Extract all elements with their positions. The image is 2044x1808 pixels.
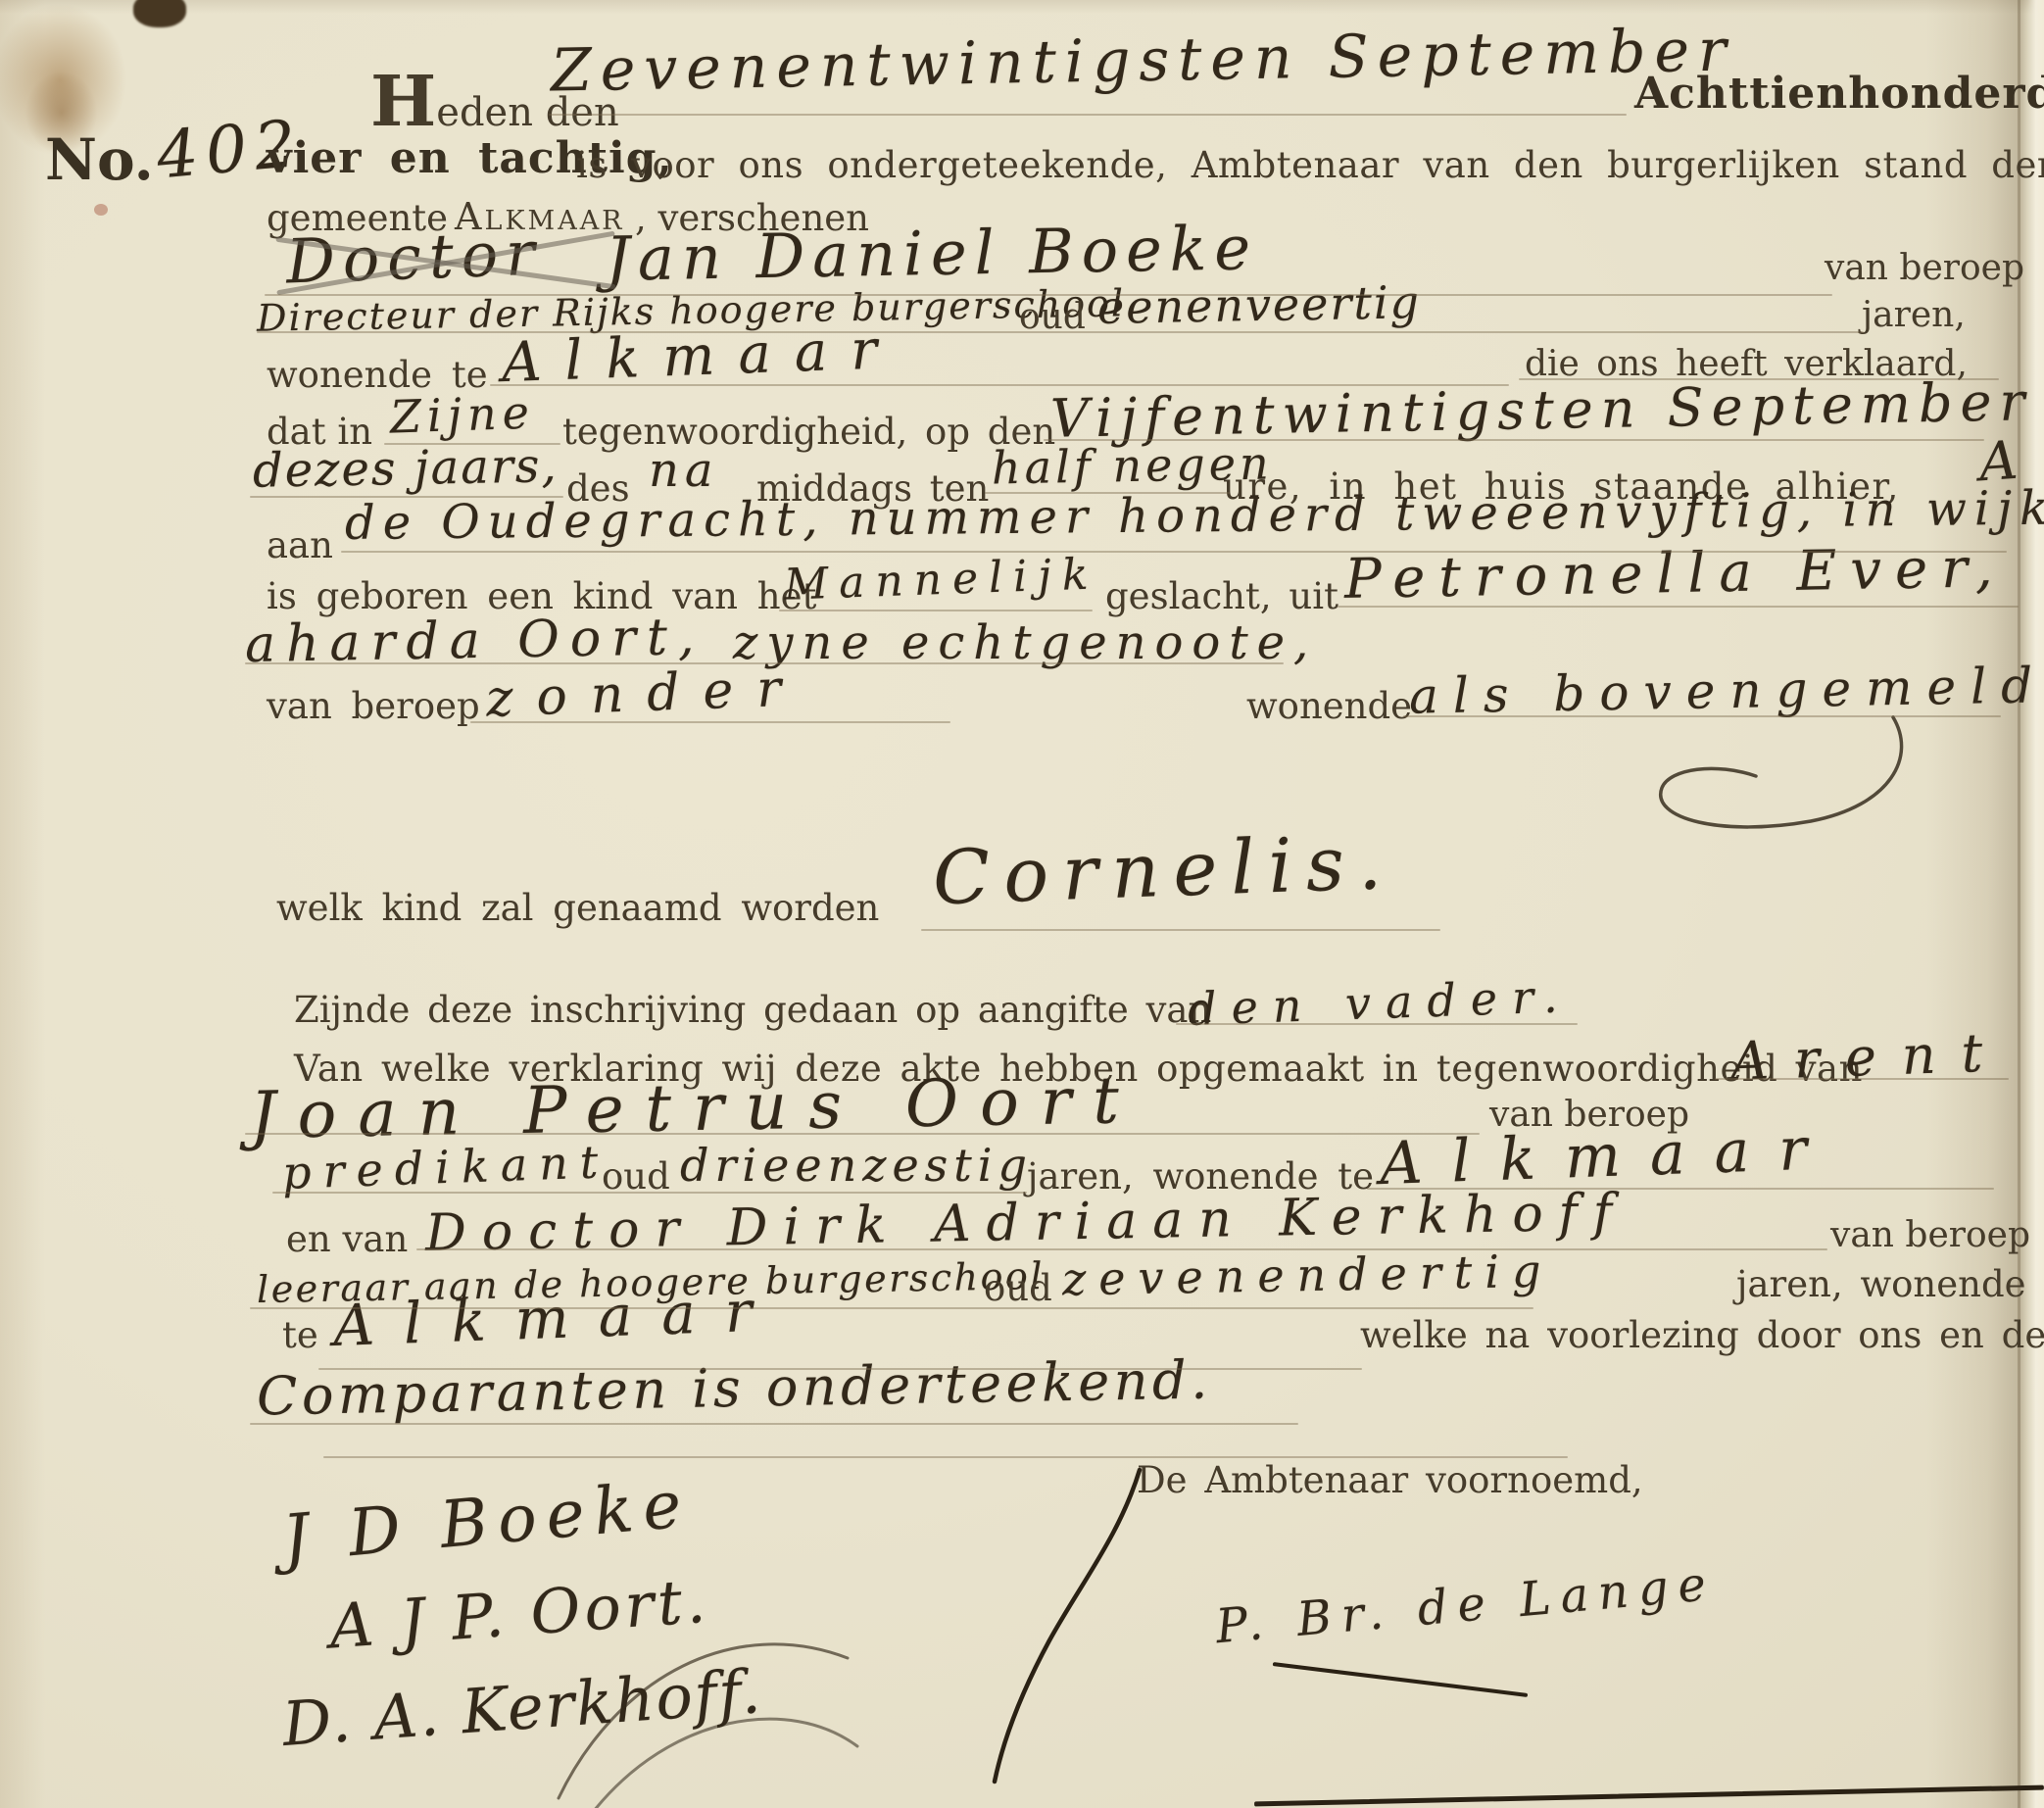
ruled-line (1044, 439, 1984, 441)
form-text-geboren-kind: is geboren een kind van het (267, 578, 816, 614)
hw-child-name: Cornelis. (932, 825, 1396, 915)
form-text-en-van: en van (286, 1221, 408, 1257)
ruled-line (1367, 1188, 1994, 1190)
form-text-jaren-1: jaren, (1862, 298, 1966, 333)
ruled-line (250, 1307, 1533, 1309)
ruled-line (416, 1248, 1827, 1250)
form-text-oud-3: oud (984, 1270, 1052, 1306)
hw-comparanten: Comparanten is onderteekend. (257, 1353, 1213, 1423)
ruled-line (779, 610, 1093, 611)
form-text-oud-2: oud (602, 1158, 670, 1195)
ruled-line (250, 1423, 1298, 1425)
form-text-voorlezing: welke na voorlezing door ons en de (1360, 1317, 2044, 1353)
hw-mother-residence: als bovengemeld (1409, 660, 2044, 720)
form-text-jaren-wonende-2: jaren, wonende (1736, 1266, 2026, 1302)
form-text-geslacht-uit: geslacht, uit (1105, 578, 1338, 614)
official-signature-underline (1273, 1662, 1528, 1696)
form-text-inschrijving: Zijnde deze inschrijving gedaan op aangi… (294, 992, 1211, 1028)
ruled-line (1715, 1078, 2009, 1080)
act-number-label: No. (45, 131, 154, 188)
form-text-te: te (282, 1317, 318, 1353)
ruled-line (1338, 606, 2019, 608)
edge-speck (133, 0, 186, 27)
ruled-line (265, 294, 1832, 296)
form-text-intro: is voor ons ondergeteekende, Ambtenaar v… (576, 147, 2044, 183)
flourish-bovengemeld (1568, 713, 1940, 841)
hw-echtgenoote: zyne echtgenoote, (733, 619, 1317, 666)
hw-na: na (649, 447, 719, 494)
ruled-line (245, 1133, 1480, 1135)
ruled-line (384, 443, 560, 445)
form-text-van-beroep-1: van beroep (1825, 251, 2024, 286)
hw-child-gender: Mannelijk (783, 553, 1099, 607)
ruled-line (1176, 1023, 1578, 1025)
ruled-line (470, 721, 950, 723)
ruled-line (921, 929, 1440, 931)
form-text-tegenwoordigheid: tegenwoordigheid, op den (562, 414, 1055, 450)
form-text-oud-1: oud (1019, 300, 1086, 335)
small-dot-stain (94, 204, 108, 216)
hw-mother-occupation: zonder (485, 662, 805, 724)
ruled-line (318, 1368, 1362, 1370)
ruled-line (1519, 378, 1999, 380)
form-text-aan: aan (267, 527, 333, 563)
ruled-line (272, 1192, 1027, 1194)
form-text-year-bold: Achttienhonderd (1634, 73, 2044, 116)
form-text-van-beroep-2: van beroep (267, 688, 480, 724)
flourish-kerkhoff (549, 1597, 872, 1808)
ruled-line (1403, 715, 2001, 717)
hw-witness1-name: Joan Petrus Oort (249, 1068, 1141, 1148)
hw-witness1-occupation: predikant (281, 1139, 610, 1196)
ruled-line (257, 331, 1864, 333)
official-title: De Ambtenaar voornoemd, (1137, 1462, 1643, 1498)
hw-registration-date: Zevenentwintigsten September (551, 21, 1736, 100)
ruled-line (323, 1456, 1568, 1458)
hw-witness1-age: drieenzestig (680, 1143, 1033, 1188)
form-text-wonende-2: wonende (1246, 688, 1412, 724)
hw-declarant-age: eenenveertig (1097, 279, 1422, 330)
witness-signature-1: J D Boeke (280, 1472, 694, 1572)
ruled-line (341, 551, 2007, 553)
ruled-line (549, 114, 1627, 116)
signature-brace (965, 1464, 1161, 1787)
ruled-line (985, 492, 1230, 494)
official-signature: P. Br. de Lange (1214, 1560, 1718, 1650)
ruled-line (245, 662, 1284, 664)
birth-certificate-page: No. 402 Heden den Zevenentwintigsten Sep… (0, 0, 2044, 1808)
ruled-line (490, 384, 1509, 386)
hw-zijne: Zijne (389, 389, 535, 439)
hw-witness2-residence: Alkmaar (332, 1282, 782, 1354)
hw-dezes-jaars: dezes jaars, (253, 442, 559, 494)
form-text-van-beroep-4: van beroep (1830, 1218, 2030, 1253)
ruled-line (250, 496, 563, 498)
hw-witness2-age: zevenendertig (1062, 1248, 1554, 1302)
form-text-genaamd-worden: welk kind zal genaamd worden (276, 890, 879, 926)
